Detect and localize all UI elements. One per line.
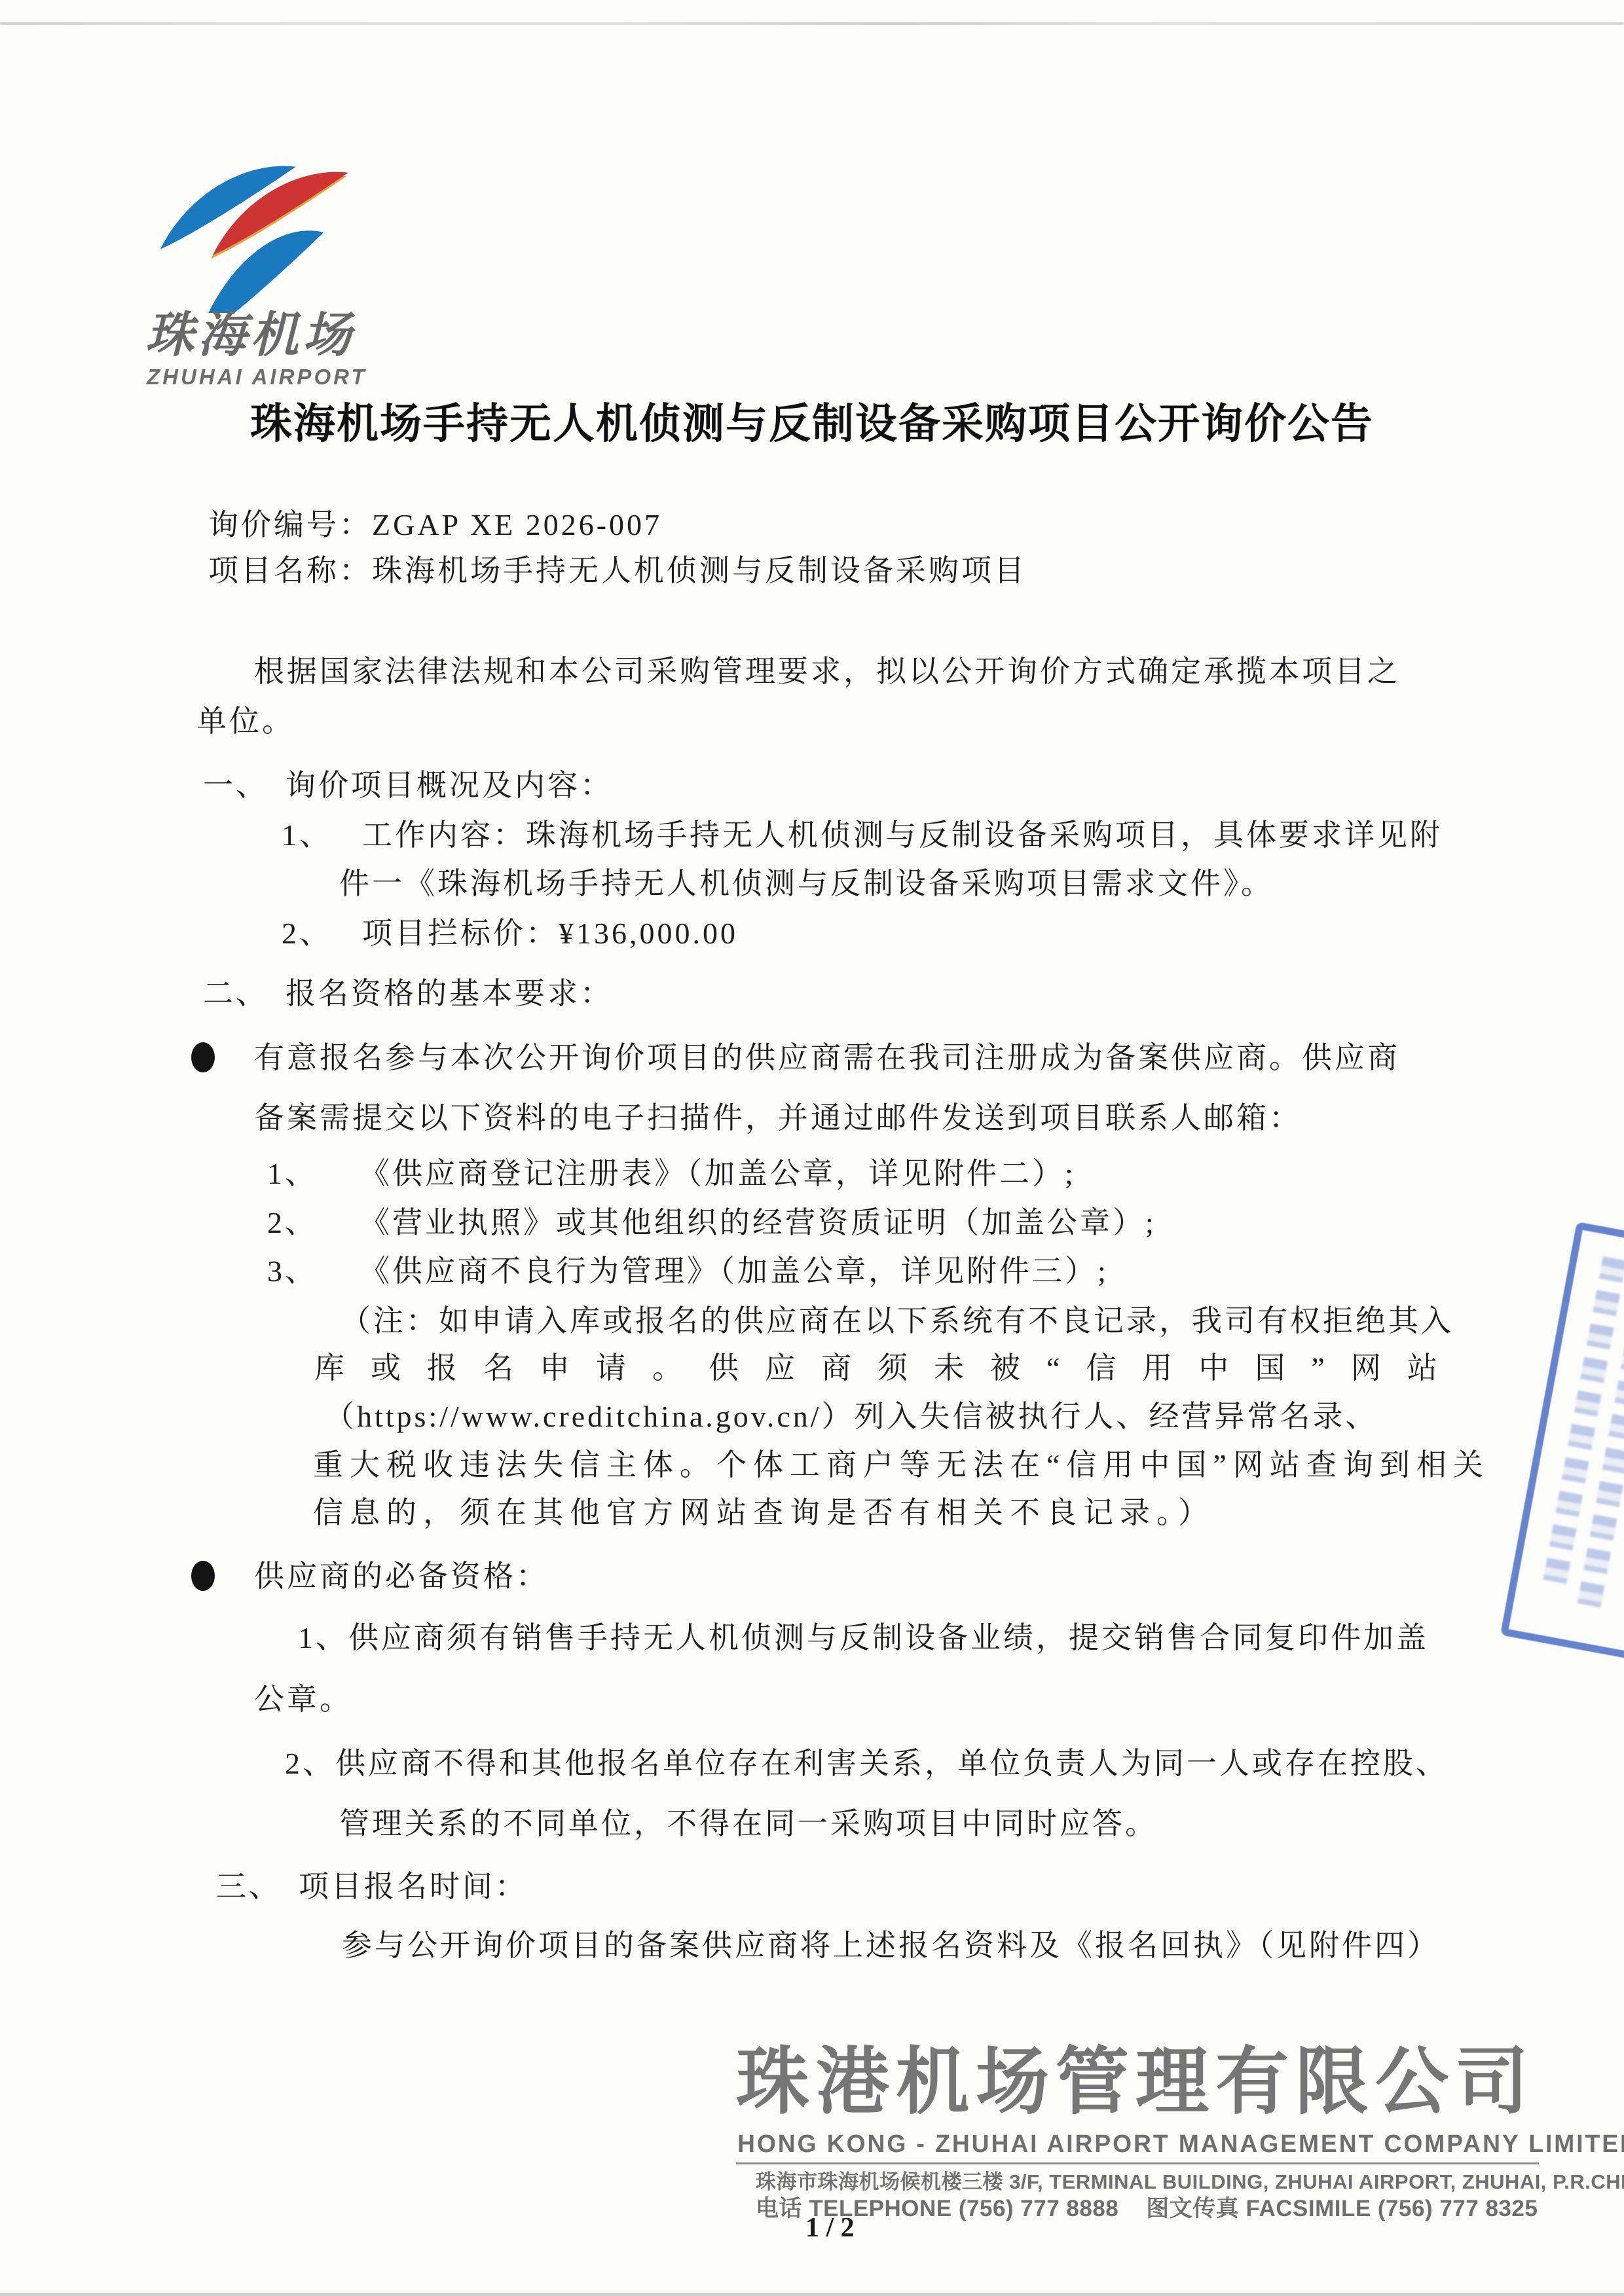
partial-blue-stamp [1570,1216,1624,1622]
scan-artifact-line [0,22,1624,25]
section-2-bullet-2-heading: 供应商的必备资格： [254,1557,549,1596]
document-page: 珠海机场 ZHUHAI AIRPORT 珠海机场手持无人机侦测与反制设备采购项目… [0,0,1624,2296]
item-text: 《供应商登记注册表》（加盖公章，详见附件二）; [360,1157,1076,1190]
section-1-heading: 一、询价项目概况及内容： [203,766,613,805]
section-1-number: 一、 [203,766,268,805]
qualification-1-line-2: 公章。 [254,1680,352,1719]
section-2-bullet-1-line-1: 有意报名参与本次公开询价项目的供应商需在我司注册成为备案供应商。供应商 [254,1038,1400,1078]
scan-artifact-line [0,2293,1624,2296]
inquiry-number-line: 询价编号：ZGAP XE 2026-007 [208,505,662,545]
note-line-1: （注：如申请入库或报名的供应商在以下系统有不良记录，我司有权拒绝其入 [341,1302,1454,1341]
footer-address: 珠海市珠海机场候机楼三楼 3/F, TERMINAL BUILDING, ZHU… [756,2170,1624,2195]
required-doc-3: 3、《供应商不良行为管理》（加盖公章，详见附件三）; [267,1252,1109,1291]
item-number: 2、 [267,1203,318,1243]
item-number: 2、 [282,914,332,953]
required-doc-2: 2、《营业执照》或其他组织的经营资质证明（加盖公章）; [267,1203,1156,1243]
qualification-2-line-1: 2、供应商不得和其他报名单位存在利害关系，单位负责人为同一人或存在控股、 [285,1744,1449,1783]
section-2-heading: 二、报名资格的基本要求： [203,974,613,1013]
section-2-title: 报名资格的基本要求： [286,977,613,1010]
footer-company-name-en: HONG KONG - ZHUHAI AIRPORT MANAGEMENT CO… [737,2129,1624,2159]
section-1-item-1-line-2: 件一《珠海机场手持无人机侦测与反制设备采购项目需求文件》。 [339,864,1274,903]
section-3-heading: 三、项目报名时间： [216,1867,528,1906]
bullet-dot-icon [191,1561,215,1591]
section-1-item-1-line-1: 1、工作内容：珠海机场手持无人机侦测与反制设备采购项目，具体要求详见附 [282,816,1443,855]
intro-line-1: 根据国家法律法规和本公司采购管理要求，拟以公开询价方式确定承揽本项目之 [254,652,1400,691]
item-text: 工作内容：珠海机场手持无人机侦测与反制设备采购项目，具体要求详见附 [362,818,1443,852]
note-line-3-url: （https://www.creditchina.gov.cn/）列入失信被执行… [324,1397,1378,1436]
section-1-title: 询价项目概况及内容： [286,769,613,802]
item-number: 1、 [282,816,332,855]
qualification-2-line-2: 管理关系的不同单位，不得在同一采购项目中同时应答。 [339,1804,1158,1844]
footer-facsimile: 图文传真 FACSIMILE (756) 777 8325 [1146,2196,1538,2221]
section-3-number: 三、 [216,1867,282,1906]
zhuhai-airport-logo-icon [145,136,371,313]
footer-contact-line: 电话 TELEPHONE (756) 777 8888图文传真 FACSIMIL… [756,2195,1538,2223]
bullet-dot-icon [191,1042,215,1072]
note-line-4: 重大税收违法失信主体。个体工商户等无法在“信用中国”网站查询到相关 [313,1446,1490,1485]
note-line-2: 库或报名申请。供应商须未被“信用中国”网站 [314,1349,1464,1388]
section-1-item-2: 2、项目拦标价：¥136,000.00 [282,914,738,953]
section-3-paragraph: 参与公开询价项目的备案供应商将上述报名资料及《报名回执》（见附件四） [342,1926,1440,1965]
item-text: 《供应商不良行为管理》（加盖公章，详见附件三）; [360,1254,1109,1288]
item-number: 1、 [267,1154,318,1194]
qualification-1-line-1: 1、供应商须有销售手持无人机侦测与反制设备业绩，提交销售合同复印件加盖 [298,1618,1429,1658]
logo-cjk-text: 珠海机场 [145,309,381,361]
required-doc-1: 1、《供应商登记注册表》（加盖公章，详见附件二）; [267,1154,1076,1194]
page-title: 珠海机场手持无人机侦测与反制设备采购项目公开询价公告 [0,399,1624,449]
section-2-bullet-1-line-2: 备案需提交以下资料的电子扫描件，并通过邮件发送到项目联系人邮箱： [254,1099,1302,1138]
note-line-5: 信息的，须在其他官方网站查询是否有相关不良记录。） [313,1493,1215,1533]
footer-company-name-cjk: 珠港机场管理有限公司 [736,2041,1535,2123]
item-number: 3、 [267,1252,318,1291]
stamp-border [1500,1222,1624,1689]
item-text: 项目拦标价：¥136,000.00 [362,917,738,950]
intro-line-2: 单位。 [196,702,295,741]
item-text: 《营业执照》或其他组织的经营资质证明（加盖公章）; [360,1206,1156,1239]
logo-latin-text: ZHUHAI AIRPORT [147,364,382,390]
page-number: 1 / 2 [805,2212,855,2244]
project-name-line: 项目名称：珠海机场手持无人机侦测与反制设备采购项目 [208,551,1027,591]
footer-divider [736,2162,1539,2164]
section-2-number: 二、 [203,974,268,1013]
logo-swoosh-group [160,166,348,313]
section-3-title: 项目报名时间： [299,1870,528,1903]
